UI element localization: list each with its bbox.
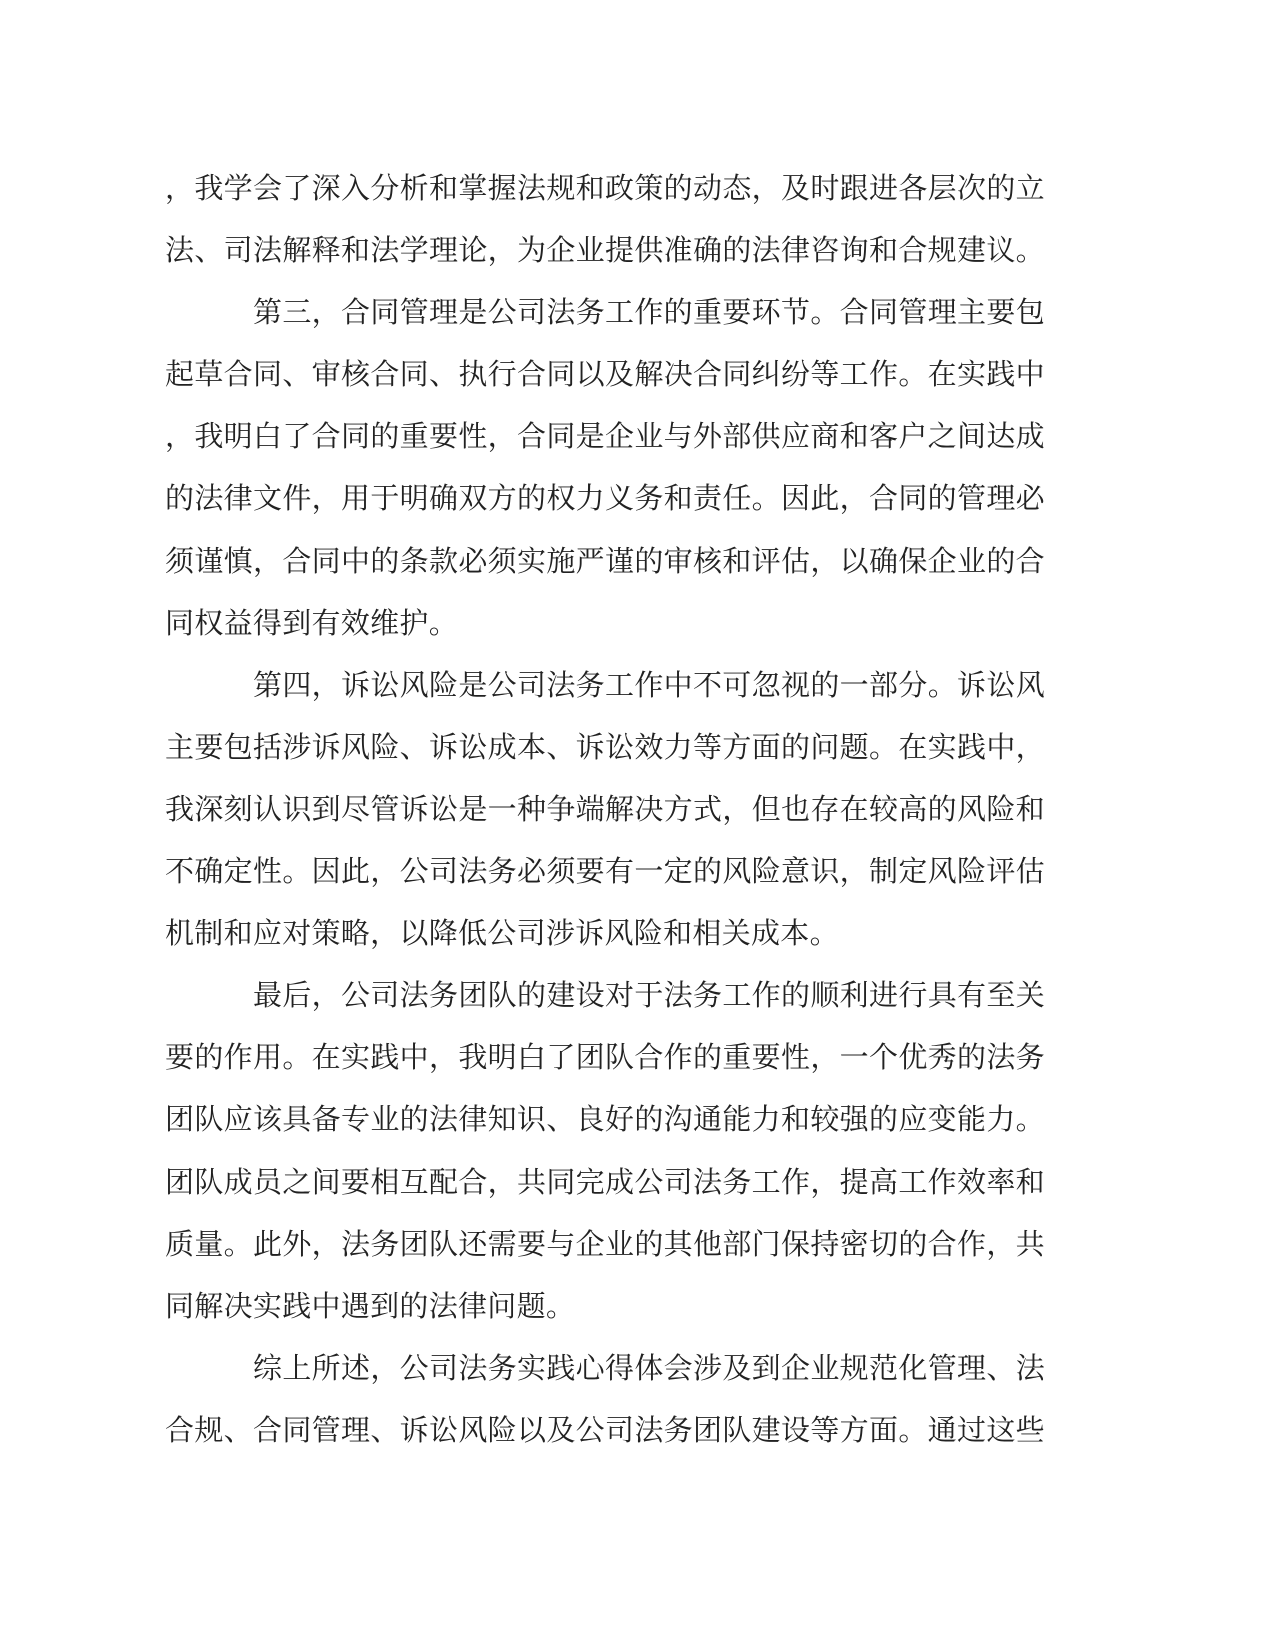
text-line: 团队成员之间要相互配合，共同完成公司法务工作，提高工作效率和 (165, 1152, 1045, 1214)
document-page: ，我学会了深入分析和掌握法规和政策的动态，及时跟进各层次的立 法、司法解释和法学… (0, 0, 1275, 1650)
text-line: 法、司法解释和法学理论，为企业提供准确的法律咨询和合规建议。 (165, 220, 1045, 282)
text-line-paragraph-start: 第四，诉讼风险是公司法务工作中不可忽视的一部分。诉讼风险 (165, 655, 1045, 717)
text-line: 的法律文件，用于明确双方的权力义务和责任。因此，合同的管理必 (165, 468, 1045, 530)
text-line-paragraph-end: 同解决实践中遇到的法律问题。 (165, 1276, 1045, 1338)
text-line-paragraph-start: 最后，公司法务团队的建设对于法务工作的顺利进行具有至关重 (165, 965, 1045, 1027)
text-line: ，我明白了合同的重要性，合同是企业与外部供应商和客户之间达成 (165, 406, 1045, 468)
text-line-paragraph-start: 综上所述，公司法务实践心得体会涉及到企业规范化管理、法律 (165, 1338, 1045, 1400)
text-line-paragraph-end: 机制和应对策略，以降低公司涉诉风险和相关成本。 (165, 903, 1045, 965)
text-line: 质量。此外，法务团队还需要与企业的其他部门保持密切的合作，共 (165, 1214, 1045, 1276)
text-line: 不确定性。因此，公司法务必须要有一定的风险意识，制定风险评估 (165, 841, 1045, 903)
text-line: 主要包括涉诉风险、诉讼成本、诉讼效力等方面的问题。在实践中， (165, 717, 1045, 779)
text-line-paragraph-start: 第三，合同管理是公司法务工作的重要环节。合同管理主要包括 (165, 282, 1045, 344)
text-line-paragraph-end: 同权益得到有效维护。 (165, 593, 1045, 655)
document-text-block: ，我学会了深入分析和掌握法规和政策的动态，及时跟进各层次的立 法、司法解释和法学… (165, 158, 1045, 1462)
text-line: 团队应该具备专业的法律知识、良好的沟通能力和较强的应变能力。 (165, 1089, 1045, 1151)
text-line: 我深刻认识到尽管诉讼是一种争端解决方式，但也存在较高的风险和 (165, 779, 1045, 841)
text-line: 要的作用。在实践中，我明白了团队合作的重要性，一个优秀的法务 (165, 1027, 1045, 1089)
text-line: 须谨慎，合同中的条款必须实施严谨的审核和评估，以确保企业的合 (165, 531, 1045, 593)
text-line: 合规、合同管理、诉讼风险以及公司法务团队建设等方面。通过这些 (165, 1400, 1045, 1462)
text-line: ，我学会了深入分析和掌握法规和政策的动态，及时跟进各层次的立 (165, 158, 1045, 220)
text-line: 起草合同、审核合同、执行合同以及解决合同纠纷等工作。在实践中 (165, 344, 1045, 406)
